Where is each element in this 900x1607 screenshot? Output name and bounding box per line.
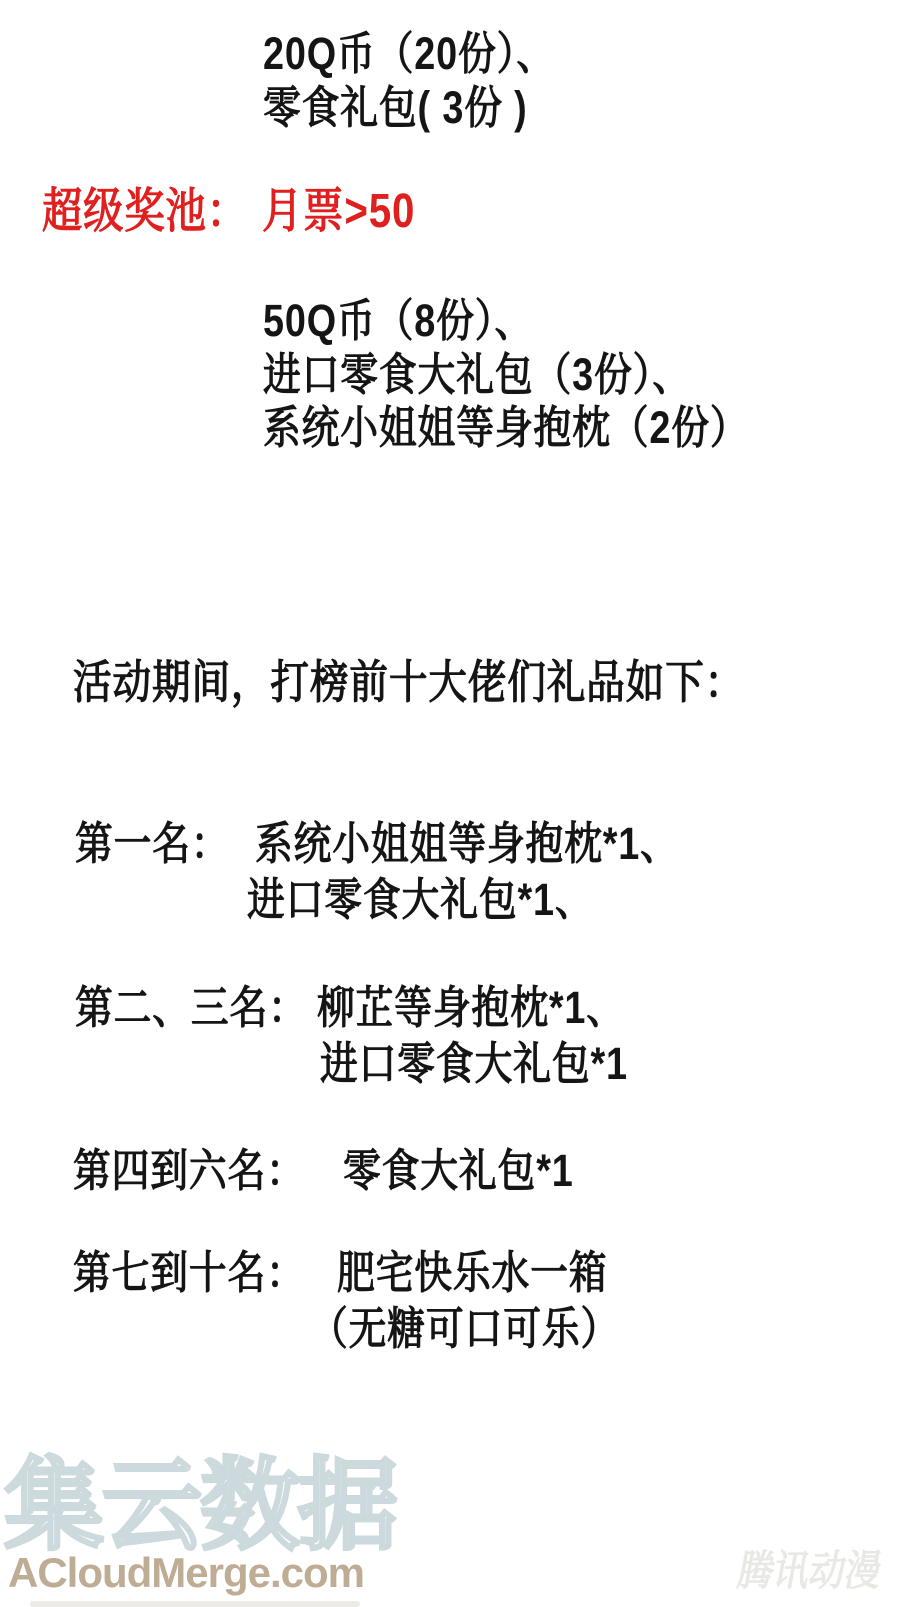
rank-1-label: 第一名：: [75, 820, 230, 869]
super-pool-label: 超级奖池：: [42, 186, 248, 238]
prize-tier2-line-2: 进口零食大礼包（3份）、: [263, 351, 691, 400]
prize-tier1-line-2: 零食礼包( 3份 ): [263, 84, 528, 133]
rank-2-3-prize-line-2: 进口零食大礼包*1: [320, 1040, 628, 1089]
comic-announcement-page: 20Q币（20份）、 零食礼包( 3份 ) 超级奖池： 月票>50 50Q币（8…: [0, 0, 900, 1607]
rank-4-6-prize-line-1: 零食大礼包*1: [343, 1147, 574, 1196]
rank-1-prize-line-2: 进口零食大礼包*1、: [247, 876, 594, 925]
rank-7-10-prize-line-2: （无糖可口可乐）: [310, 1305, 619, 1354]
prize-tier2-line-3: 系统小姐姐等身抱枕（2份）: [263, 404, 749, 453]
rank-7-10-prize-line-1: 肥宅快乐水一箱: [337, 1249, 607, 1298]
bottom-edge-artifact: [30, 1601, 360, 1607]
ranking-intro: 活动期间，打榜前十大佬们礼品如下：: [73, 658, 744, 708]
rank-4-6-label: 第四到六名：: [73, 1147, 305, 1196]
tencent-comics-logo: 腾讯动漫: [735, 1550, 885, 1592]
rank-7-10-label: 第七到十名：: [73, 1249, 305, 1298]
prize-tier1-line-1: 20Q币（20份）、: [263, 30, 555, 79]
watermark-brand-cn: 集云数据: [4, 1456, 396, 1556]
rank-2-3-prize-line-1: 柳芷等身抱枕*1、: [317, 984, 625, 1033]
rank-2-3-label: 第二、三名：: [75, 984, 307, 1033]
super-pool-condition: 月票>50: [262, 186, 415, 238]
watermark-brand-domain: ACloudMerge.com: [8, 1552, 364, 1594]
rank-1-prize-line-1: 系统小姐姐等身抱枕*1、: [255, 820, 679, 869]
prize-tier2-line-1: 50Q币（8份）、: [263, 297, 533, 346]
